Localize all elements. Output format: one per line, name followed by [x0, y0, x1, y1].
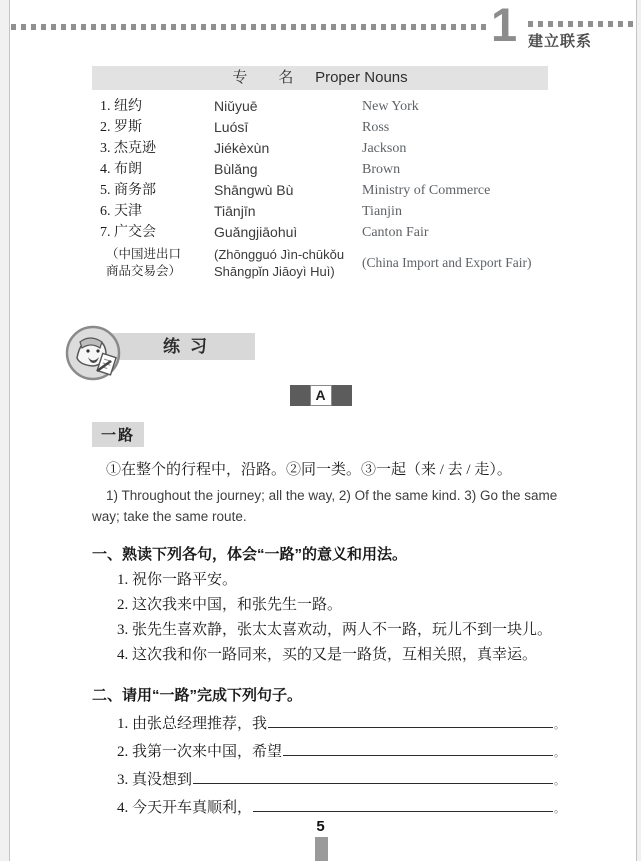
pinyin-cell: Niǔyuē: [214, 96, 362, 117]
chapter-header: 1 建立联系: [0, 0, 641, 58]
chinese-cell: 2. 罗斯: [92, 117, 214, 138]
fill-in-item: 1. 由张总经理推荐，我 。: [117, 711, 565, 739]
table-row: 2. 罗斯 Luósī Ross: [92, 117, 548, 138]
fill-in-item: 2. 我第一次来中国，希望 。: [117, 739, 565, 767]
chinese-cell: 7. 广交会: [92, 222, 214, 243]
note-pinyin-line1: (Zhōngguó Jìn-chūkǒu: [214, 247, 344, 262]
chinese-cell: 6. 天津: [92, 201, 214, 222]
chinese-word: 罗斯: [114, 120, 142, 135]
proper-nouns-rows: 1. 纽约 Niǔyuē New York 2. 罗斯 Luósī Ross 3…: [92, 96, 548, 280]
row-number: 2.: [100, 120, 111, 135]
blank-line: [283, 741, 553, 756]
row-number: 3.: [100, 141, 111, 156]
chinese-word: 杰克逊: [114, 141, 156, 156]
pinyin-cell: Jiékèxùn: [214, 138, 362, 159]
table-row: 1. 纽约 Niǔyuē New York: [92, 96, 548, 117]
chinese-word: 纽约: [114, 99, 142, 114]
pinyin-cell: Bùlǎng: [214, 159, 362, 180]
table-note-row: （中国进出口 商品交易会） (Zhōngguó Jìn-chūkǒu Shāng…: [92, 246, 548, 280]
sentence-period: 。: [554, 740, 565, 767]
english-cell: New York: [362, 96, 548, 117]
blank-line: [268, 713, 553, 728]
english-cell: Canton Fair: [362, 222, 548, 243]
english-cell: Jackson: [362, 138, 548, 159]
list-item: 4. 这次我和你一路同来，买的又是一路货，互相关照，真幸运。: [117, 643, 567, 668]
table-row: 7. 广交会 Guǎngjiāohuì Canton Fair: [92, 222, 548, 243]
note-pinyin-line2: Shāngpǐn Jiāoyì Huì): [214, 264, 335, 279]
section-a-marker: A: [290, 385, 352, 406]
chinese-cell: 5. 商务部: [92, 180, 214, 201]
chinese-cell: 1. 纽约: [92, 96, 214, 117]
page-right-edge: [636, 0, 641, 861]
english-cell: Ministry of Commerce: [362, 180, 548, 201]
list-item: 1. 祝你一路平安。: [117, 568, 567, 593]
row-number: 7.: [100, 225, 111, 240]
list-item: 2. 这次我来中国，和张先生一路。: [117, 593, 567, 618]
note-chinese-line1: （中国进出口: [106, 247, 181, 261]
row-number: 1.: [100, 99, 111, 114]
blank-line: [193, 769, 553, 784]
pinyin-cell: Guǎngjiāohuì: [214, 222, 362, 243]
note-pinyin: (Zhōngguó Jìn-chūkǒu Shāngpǐn Jiāoyì Huì…: [214, 246, 362, 280]
blank-line: [253, 797, 553, 812]
chinese-word: 天津: [114, 204, 142, 219]
lesson-number: 1: [491, 1, 517, 48]
note-english: (China Import and Export Fair): [362, 255, 548, 271]
lesson-title: 建立联系: [528, 30, 638, 51]
exercises-heading: 练习: [105, 333, 255, 360]
marker-right-block: [332, 385, 352, 406]
note-chinese: （中国进出口 商品交易会）: [92, 246, 214, 280]
row-number: 4.: [100, 162, 111, 177]
chinese-word: 广交会: [114, 225, 156, 240]
proper-nouns-title-zh: 专 名: [232, 70, 301, 86]
page-left-edge: [0, 0, 10, 861]
sentence-period: 。: [554, 768, 565, 795]
exercise-one-heading: 一、熟读下列各句，体会“一路”的意义和用法。: [92, 543, 641, 564]
english-cell: Tianjin: [362, 201, 548, 222]
page-number: 5: [0, 818, 641, 835]
definition-english: 1) Throughout the journey; all the way, …: [92, 485, 567, 527]
marker-letter: A: [310, 385, 332, 406]
chinese-cell: 3. 杰克逊: [92, 138, 214, 159]
table-row: 6. 天津 Tiānjīn Tianjin: [92, 201, 548, 222]
proper-nouns-table: 专 名 Proper Nouns 1. 纽约 Niǔyuē New York 2…: [92, 66, 548, 280]
header-dotted-rule: [11, 24, 487, 30]
exercise-two-heading: 二、请用“一路”完成下列句子。: [92, 684, 641, 705]
note-chinese-line2: 商品交易会）: [106, 264, 181, 278]
table-row: 4. 布朗 Bùlǎng Brown: [92, 159, 548, 180]
sentence-period: 。: [554, 712, 565, 739]
exercise-one-list: 1. 祝你一路平安。 2. 这次我来中国，和张先生一路。 3. 张先生喜欢静，张…: [117, 568, 567, 668]
definition-chinese: ①在整个的行程中，沿路。②同一类。③一起（来 / 去 / 走）。: [92, 459, 567, 482]
exercises-banner: 练习: [64, 324, 641, 382]
pinyin-cell: Tiānjīn: [214, 201, 362, 222]
title-dotted-rule: [528, 21, 638, 27]
proper-nouns-header: 专 名 Proper Nouns: [92, 66, 548, 90]
pinyin-cell: Shāngwù Bù: [214, 180, 362, 201]
marker-left-block: [290, 385, 310, 406]
word-card-yilu: 一路: [92, 422, 144, 447]
table-row: 5. 商务部 Shāngwù Bù Ministry of Commerce: [92, 180, 548, 201]
english-cell: Ross: [362, 117, 548, 138]
sentence-prefix: 1. 由张总经理推荐，我: [117, 711, 267, 738]
chinese-word: 布朗: [114, 162, 142, 177]
lesson-title-block: 建立联系: [528, 21, 638, 51]
table-row: 3. 杰克逊 Jiékèxùn Jackson: [92, 138, 548, 159]
row-number: 6.: [100, 204, 111, 219]
fill-in-item: 3. 真没想到 。: [117, 767, 565, 795]
proper-nouns-title-en: Proper Nouns: [315, 69, 408, 86]
sentence-prefix: 2. 我第一次来中国，希望: [117, 739, 282, 766]
english-cell: Brown: [362, 159, 548, 180]
student-writing-icon: [64, 324, 122, 382]
page-number-block: [315, 837, 328, 861]
row-number: 5.: [100, 183, 111, 198]
exercise-two-list: 1. 由张总经理推荐，我 。 2. 我第一次来中国，希望 。 3. 真没想到 。…: [117, 711, 565, 823]
pinyin-cell: Luósī: [214, 117, 362, 138]
list-item: 3. 张先生喜欢静，张太太喜欢动，两人不一路，玩儿不到一块儿。: [117, 618, 567, 643]
sentence-prefix: 3. 真没想到: [117, 767, 192, 794]
chinese-cell: 4. 布朗: [92, 159, 214, 180]
chinese-word: 商务部: [114, 183, 156, 198]
